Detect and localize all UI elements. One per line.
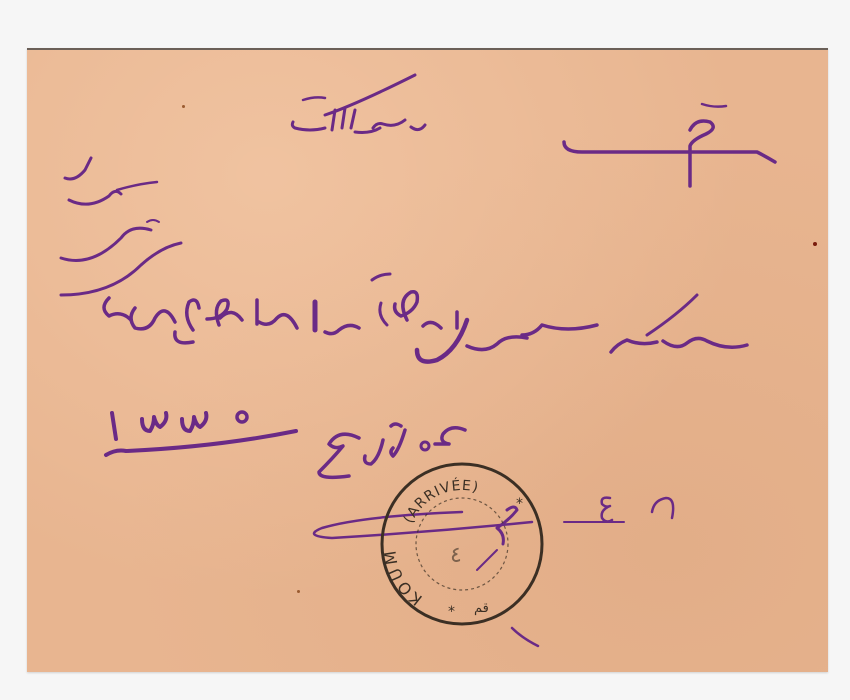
postmark: (ARRIVÉE) KOUM قم * * ٤ xyxy=(378,460,546,628)
inscription-address-line: حضور مبارک جناب مستطاب عمده التجار آقا م… xyxy=(97,250,757,380)
inscription-top-right: قم xyxy=(562,100,772,190)
paper-speck xyxy=(182,105,185,108)
inscription-top-center: در بلدۀ اتابک xyxy=(285,70,445,150)
postmark-top-text: (ARRIVÉE) xyxy=(401,477,481,526)
postmark-bottom-text: قم xyxy=(474,601,489,616)
inscription-year: ۱۳۳۵ xyxy=(102,395,302,465)
postmark-center-mark: ٤ xyxy=(450,543,462,568)
postmark-star: * xyxy=(448,604,456,620)
paper-speck xyxy=(297,590,300,593)
inscription-bottom-right: ۶ع xyxy=(562,490,682,540)
paper-speck xyxy=(813,242,817,246)
postmark-star: * xyxy=(516,496,524,512)
